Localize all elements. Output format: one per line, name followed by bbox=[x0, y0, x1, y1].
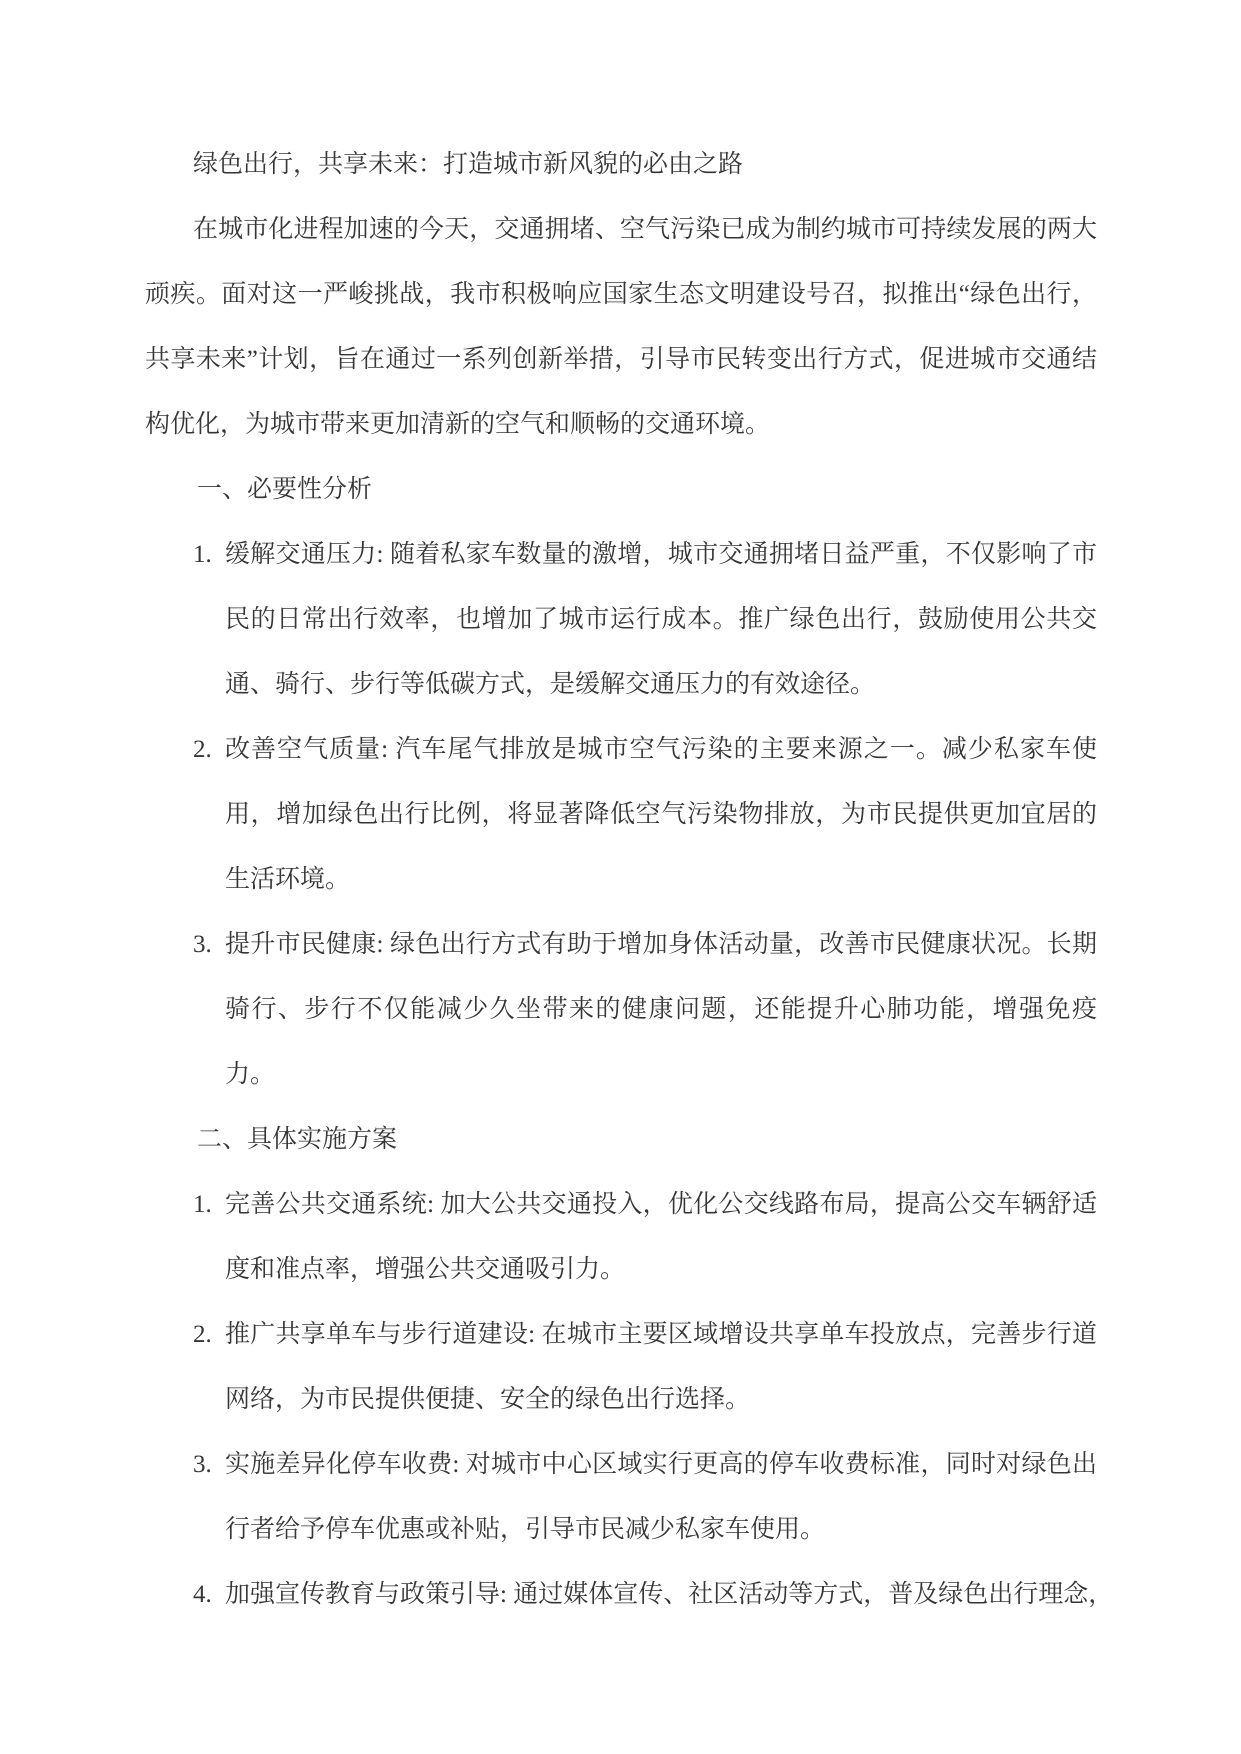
section-1-heading: 一、必要性分析 bbox=[145, 457, 1097, 522]
document-content: 绿色出行，共享未来：打造城市新风貌的必由之路 在城市化进程加速的今天，交通拥堵、… bbox=[145, 132, 1097, 1627]
list-number: 1. bbox=[193, 1172, 212, 1237]
list-number: 1. bbox=[193, 522, 212, 587]
list-item-text: 改善空气质量: 汽车尾气排放是城市空气污染的主要来源之一。减少私家车使用，增加绿… bbox=[225, 717, 1097, 912]
intro-paragraph: 在城市化进程加速的今天，交通拥堵、空气污染已成为制约城市可持续发展的两大顽疾。面… bbox=[145, 197, 1097, 457]
section-2-heading: 二、具体实施方案 bbox=[145, 1107, 1097, 1172]
list-item-plan-3: 3. 实施差异化停车收费: 对城市中心区域实行更高的停车收费标准，同时对绿色出行… bbox=[145, 1432, 1097, 1562]
list-item-necessity-3: 3. 提升市民健康: 绿色出行方式有助于增加身体活动量，改善市民健康状况。长期骑… bbox=[145, 912, 1097, 1107]
list-item-text: 实施差异化停车收费: 对城市中心区域实行更高的停车收费标准，同时对绿色出行者给予… bbox=[225, 1432, 1097, 1562]
list-item-plan-1: 1. 完善公共交通系统: 加大公共交通投入，优化公交线路布局，提高公交车辆舒适度… bbox=[145, 1172, 1097, 1302]
list-item-plan-4: 4. 加强宣传教育与政策引导: 通过媒体宣传、社区活动等方式，普及绿色出行理念， bbox=[145, 1562, 1097, 1627]
list-number: 2. bbox=[193, 1302, 212, 1367]
list-item-text: 提升市民健康: 绿色出行方式有助于增加身体活动量，改善市民健康状况。长期骑行、步… bbox=[225, 912, 1097, 1107]
list-item-necessity-2: 2. 改善空气质量: 汽车尾气排放是城市空气污染的主要来源之一。减少私家车使用，… bbox=[145, 717, 1097, 912]
document-page: 绿色出行，共享未来：打造城市新风貌的必由之路 在城市化进程加速的今天，交通拥堵、… bbox=[0, 0, 1241, 1754]
list-item-text: 完善公共交通系统: 加大公共交通投入，优化公交线路布局，提高公交车辆舒适度和准点… bbox=[225, 1172, 1097, 1302]
list-item-necessity-1: 1. 缓解交通压力: 随着私家车数量的激增，城市交通拥堵日益严重，不仅影响了市民… bbox=[145, 522, 1097, 717]
list-item-text: 加强宣传教育与政策引导: 通过媒体宣传、社区活动等方式，普及绿色出行理念， bbox=[225, 1562, 1097, 1627]
list-item-plan-2: 2. 推广共享单车与步行道建设: 在城市主要区域增设共享单车投放点，完善步行道网… bbox=[145, 1302, 1097, 1432]
list-number: 3. bbox=[193, 912, 212, 977]
list-number: 2. bbox=[193, 717, 212, 782]
list-number: 4. bbox=[193, 1562, 212, 1627]
list-number: 3. bbox=[193, 1432, 212, 1497]
document-title: 绿色出行，共享未来：打造城市新风貌的必由之路 bbox=[145, 132, 1097, 197]
list-item-text: 缓解交通压力: 随着私家车数量的激增，城市交通拥堵日益严重，不仅影响了市民的日常… bbox=[225, 522, 1097, 717]
list-item-text: 推广共享单车与步行道建设: 在城市主要区域增设共享单车投放点，完善步行道网络，为… bbox=[225, 1302, 1097, 1432]
